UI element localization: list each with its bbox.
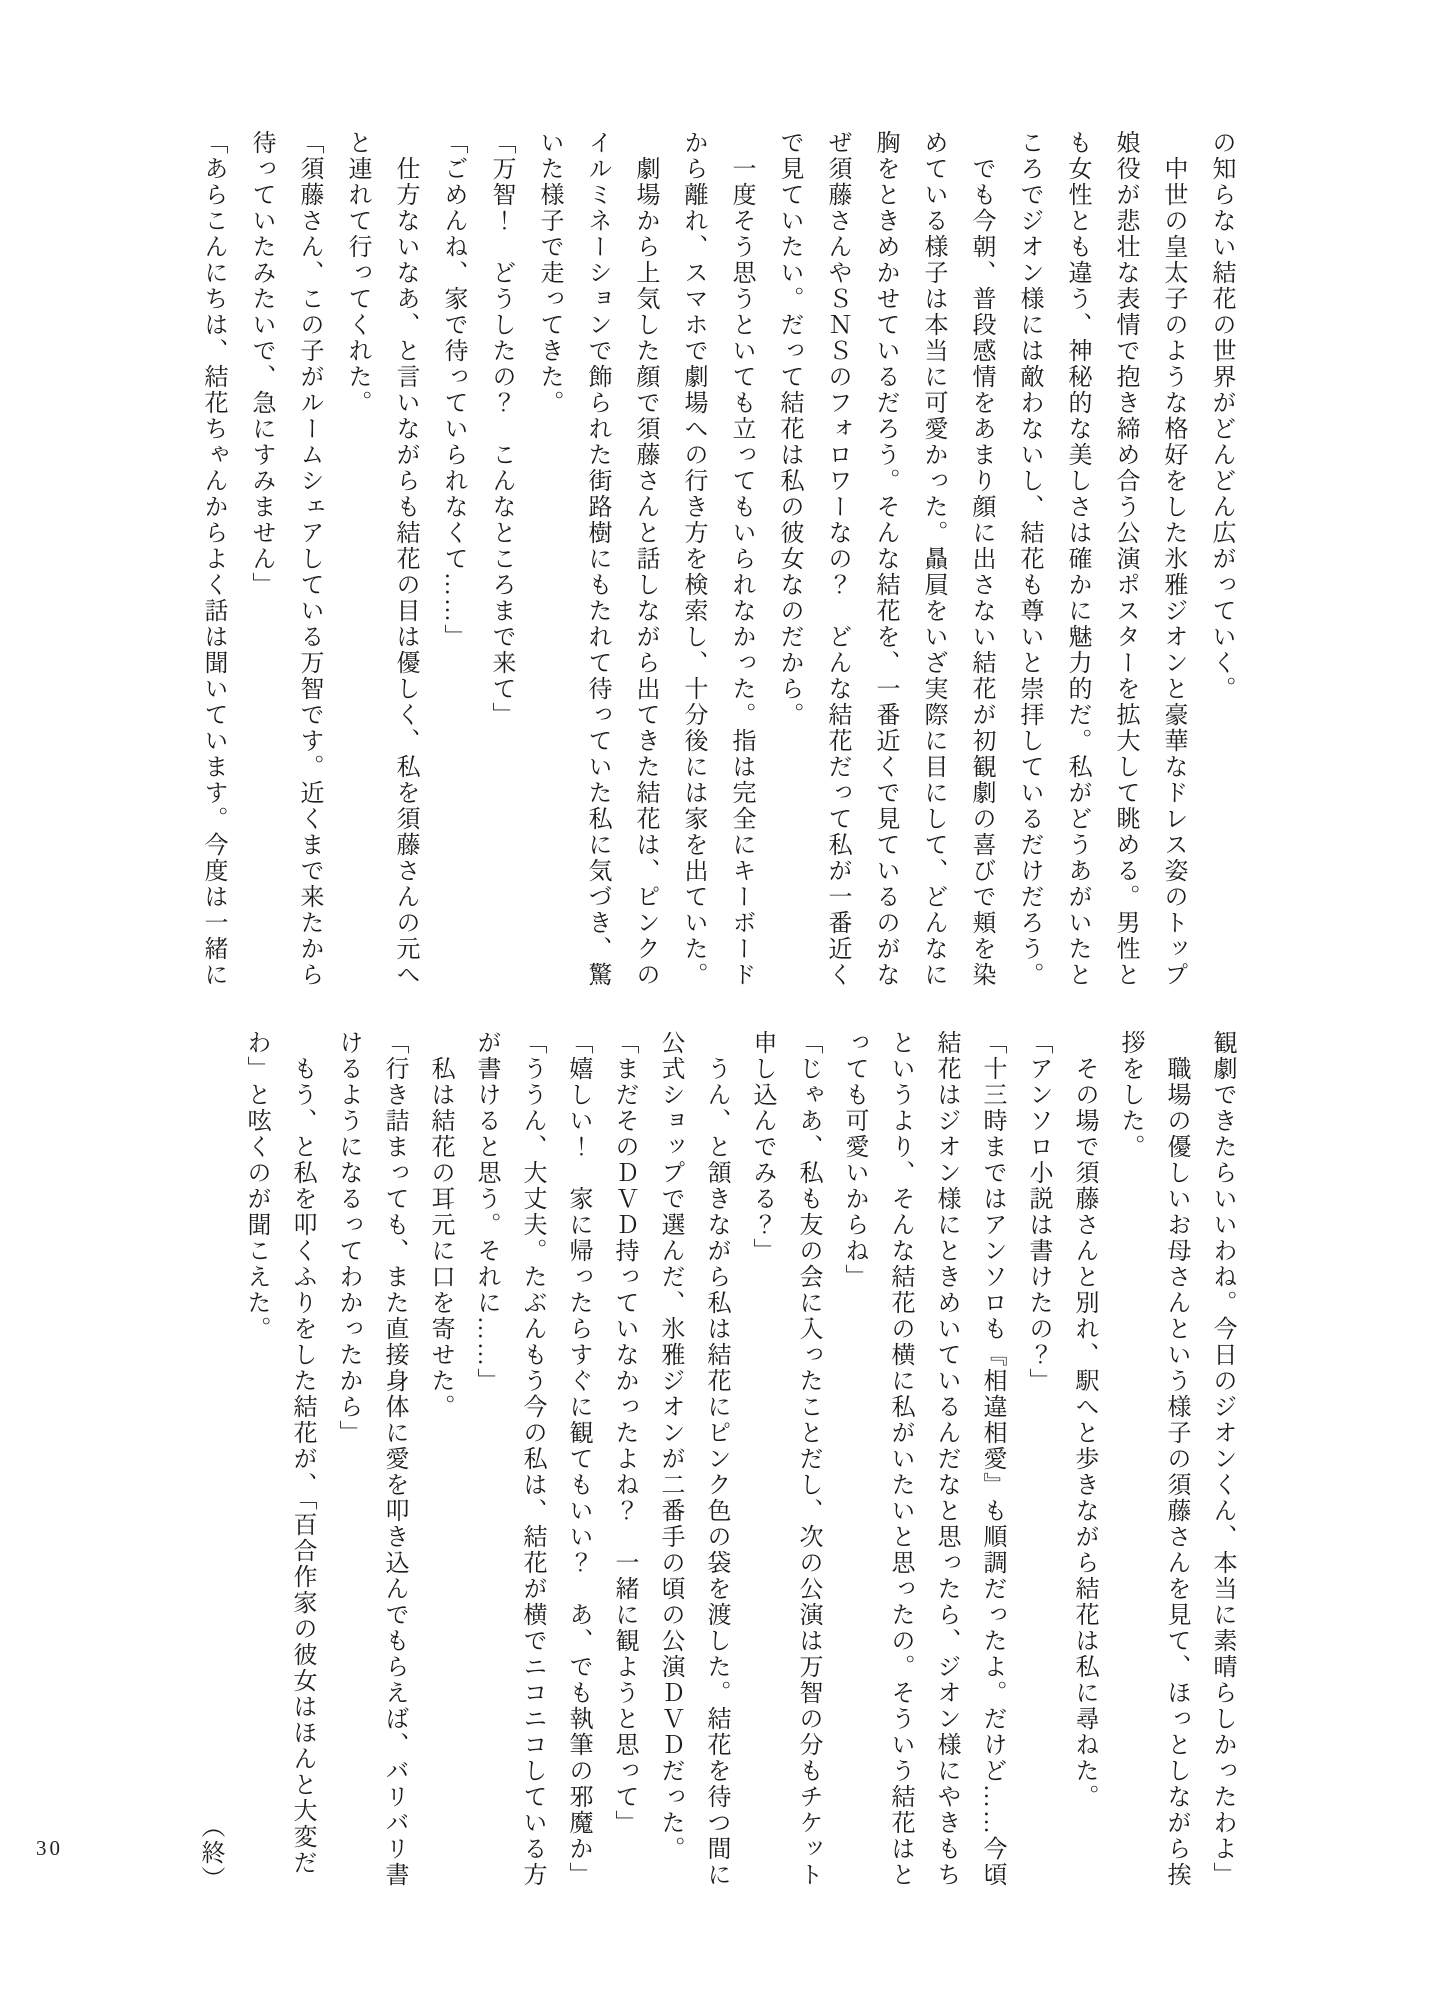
text-column: 「嬉しい！ 家に帰ったらすぐに観てもいい？ あ、でも執筆の邪魔か」: [555, 1030, 601, 1892]
end-mark: （終）: [187, 1030, 233, 2000]
text-column: 「須藤さん、この子がルームシェアしている万智です。近くまで来たから: [285, 130, 333, 992]
text-column: っても可愛いからね」: [831, 1030, 877, 1892]
text-column: 「まだそのＤＶＤ持っていなかったよね？ 一緒に観ようと思って」: [601, 1030, 647, 1892]
page-number: 30: [36, 1836, 63, 1861]
text-column: いた様子で走ってきた。: [525, 130, 573, 992]
text-column: 仕方ないなあ、と言いながらも結花の目は優しく、私を須藤さんの元へ: [381, 130, 429, 992]
text-column: イルミネーションで飾られた街路樹にもたれて待っていた私に気づき、驚: [573, 130, 621, 992]
text-column: 公式ショップで選んだ、氷雅ジオンが二番手の頃の公演ＤＶＤだった。: [647, 1030, 693, 1892]
text-column: でも今朝、普段感情をあまり顔に出さない結花が初観劇の喜びで頬を染: [957, 130, 1005, 992]
text-column: の知らない結花の世界がどんどん広がっていく。: [1197, 130, 1245, 992]
story-text-block-bottom: 観劇できたらいいわね。今日のジオンくん、本当に素晴らしかったわよ」 職場の優しい…: [187, 1030, 1245, 1892]
text-column: うん、と頷きながら私は結花にピンク色の袋を渡した。結花を待つ間に: [693, 1030, 739, 1892]
text-column: 「じゃあ、私も友の会に入ったことだし、次の公演は万智の分もチケット: [785, 1030, 831, 1892]
text-column: 「ごめんね、家で待っていられなくて……」: [429, 130, 477, 992]
text-column: 職場の優しいお母さんという様子の須藤さんを見て、ほっとしながら挨: [1153, 1030, 1199, 1892]
text-column: 劇場から上気した顔で須藤さんと話しながら出てきた結花は、ピンクの: [621, 130, 669, 992]
manuscript-page: の知らない結花の世界がどんどん広がっていく。 中世の皇太子のような格好をした氷雅…: [0, 0, 1430, 2000]
text-column: 「十三時まではアンソロも『相違相愛』も順調だったよ。だけど……今頃: [969, 1030, 1015, 1892]
text-column: というより、そんな結花の横に私がいたいと思ったの。そういう結花はと: [877, 1030, 923, 1892]
text-column: 申し込んでみる？」: [739, 1030, 785, 1892]
text-column: で見ていたい。だって結花は私の彼女なのだから。: [765, 130, 813, 992]
story-text-block-top: の知らない結花の世界がどんどん広がっていく。 中世の皇太子のような格好をした氷雅…: [189, 130, 1245, 992]
text-column: 拶をした。: [1107, 1030, 1153, 1892]
text-column: けるようになるってわかったから」: [325, 1030, 371, 1892]
text-column: 「アンソロ小説は書けたの？」: [1015, 1030, 1061, 1892]
text-column: 待っていたみたいで、急にすみません」: [237, 130, 285, 992]
text-column: 娘役が悲壮な表情で抱き締め合う公演ポスターを拡大して眺める。男性と: [1101, 130, 1149, 992]
text-column: めている様子は本当に可愛かった。贔屓をいざ実際に目にして、どんなに: [909, 130, 957, 992]
text-column: も女性とも違う、神秘的な美しさは確かに魅力的だ。私がどうあがいたと: [1053, 130, 1101, 992]
text-column: ぜ須藤さんやＳＮＳのフォロワーなの？ どんな結花だって私が一番近く: [813, 130, 861, 992]
text-column: から離れ、スマホで劇場への行き方を検索し、十分後には家を出ていた。: [669, 130, 717, 992]
text-column: もう、と私を叩くふりをした結花が、「百合作家の彼女はほんと大変だ: [279, 1030, 325, 1892]
text-column: 「行き詰まっても、また直接身体に愛を叩き込んでもらえば、バリバリ書: [371, 1030, 417, 1892]
text-column: 観劇できたらいいわね。今日のジオンくん、本当に素晴らしかったわよ」: [1199, 1030, 1245, 1892]
text-column: 私は結花の耳元に口を寄せた。: [417, 1030, 463, 1892]
text-column: 胸をときめかせているだろう。そんな結花を、一番近くで見ているのがな: [861, 130, 909, 992]
text-column: 中世の皇太子のような格好をした氷雅ジオンと豪華なドレス姿のトップ: [1149, 130, 1197, 992]
text-column: 「万智！ どうしたの？ こんなところまで来て」: [477, 130, 525, 992]
text-column: わ」と呟くのが聞こえた。: [233, 1030, 279, 1892]
text-column: ころでジオン様には敵わないし、結花も尊いと崇拝しているだけだろう。: [1005, 130, 1053, 992]
text-column: 「あらこんにちは、結花ちゃんからよく話は聞いています。今度は一緒に: [189, 130, 237, 992]
text-column: が書けると思う。それに……」: [463, 1030, 509, 1892]
text-column: 結花はジオン様にときめいているんだなと思ったら、ジオン様にやきもち: [923, 1030, 969, 1892]
text-column: と連れて行ってくれた。: [333, 130, 381, 992]
text-column: その場で須藤さんと別れ、駅へと歩きながら結花は私に尋ねた。: [1061, 1030, 1107, 1892]
text-column: 「ううん、大丈夫。たぶんもう今の私は、結花が横でニコニコしている方: [509, 1030, 555, 1892]
text-column: 一度そう思うといても立ってもいられなかった。指は完全にキーボード: [717, 130, 765, 992]
